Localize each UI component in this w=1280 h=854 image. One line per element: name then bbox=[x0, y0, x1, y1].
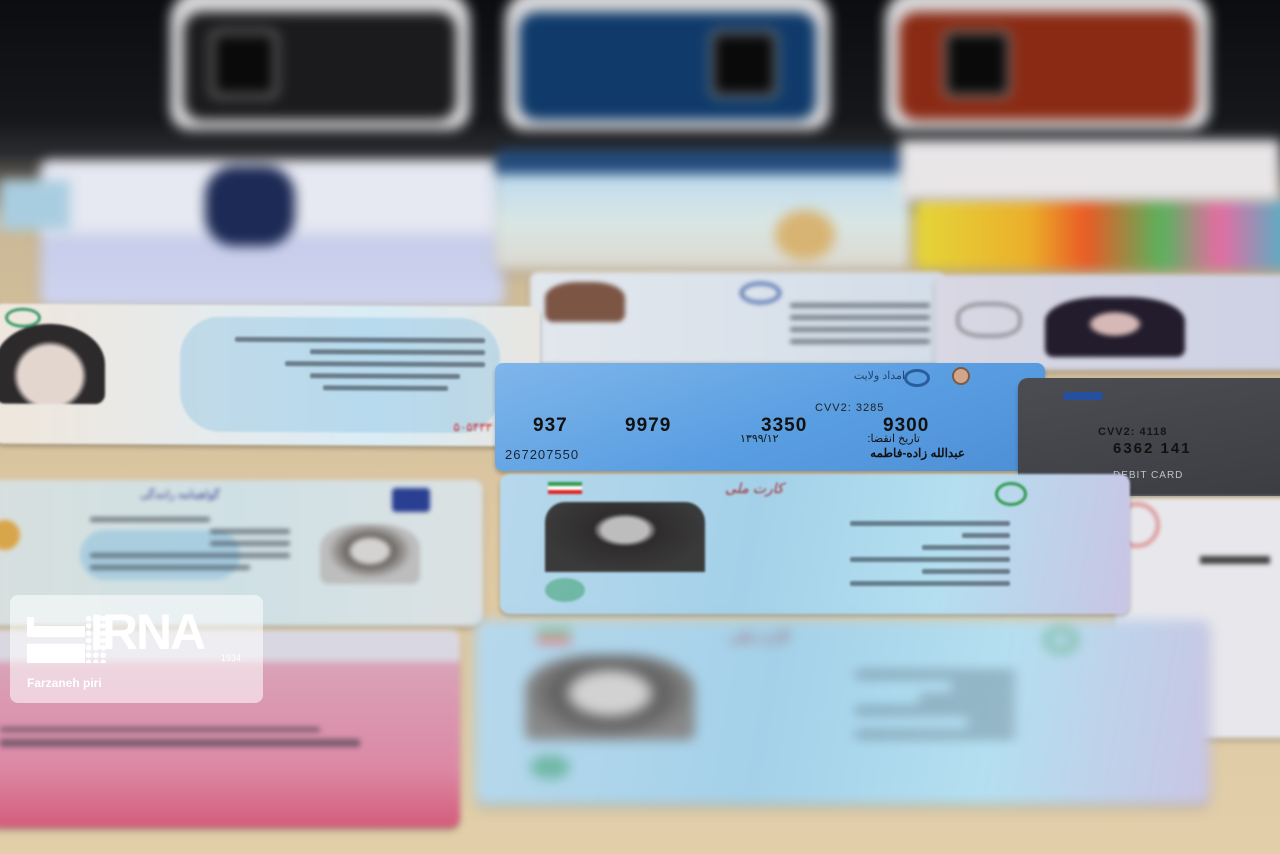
card-back-edge bbox=[0, 180, 70, 230]
student-card bbox=[530, 272, 945, 364]
debit-card-number: 6362 141 bbox=[1113, 440, 1192, 457]
emblem-icon bbox=[952, 367, 970, 385]
bank-card-cvv2: CVV2: 3285 bbox=[815, 402, 884, 414]
expiry-label: تاریخ انقضا: bbox=[867, 432, 920, 445]
watermark-brand: IRNA bbox=[90, 607, 204, 657]
bank-name: امداد ولایت bbox=[854, 369, 905, 382]
watermark-year: 1934 bbox=[221, 653, 241, 663]
employee-card bbox=[935, 275, 1280, 370]
irna-watermark: IRNA 1934 Farzaneh piri bbox=[10, 595, 263, 703]
id-card-title: کارت ملی bbox=[730, 628, 789, 645]
id-card-title: کارت ملی bbox=[725, 480, 784, 497]
emblem-icon bbox=[995, 482, 1027, 506]
photo-credit: Farzaneh piri bbox=[27, 676, 102, 690]
photo-scene: ۵۰۵۴۳۳ امداد ولایت CVV2: 3285 937 9979 3… bbox=[0, 0, 1280, 854]
bank-card: امداد ولایت CVV2: 3285 937 9979 3350 930… bbox=[495, 363, 1045, 471]
national-id-card: کارت ملی bbox=[500, 474, 1130, 614]
emblem-icon bbox=[1045, 628, 1077, 652]
account-number: 267207550 bbox=[505, 447, 579, 462]
card-back-colorful bbox=[915, 198, 1280, 270]
iran-flag-icon bbox=[537, 630, 571, 642]
expiry-value: ۱۳۹۹/۱۲ bbox=[740, 432, 779, 445]
debit-card-cvv2: CVV2: 4118 bbox=[1098, 426, 1167, 438]
birth-certificate: ۵۰۵۴۳۳ bbox=[0, 304, 540, 447]
seal-icon bbox=[545, 578, 585, 602]
iran-flag-icon bbox=[548, 482, 582, 494]
national-id-card: کارت ملی bbox=[475, 620, 1210, 805]
birth-certificate-serial: ۵۰۵۴۳۳ bbox=[453, 420, 492, 434]
card-holder-name: عبدالله زاده-فاطمه bbox=[870, 446, 965, 460]
card-reader-black bbox=[170, 0, 470, 130]
card-back-white bbox=[900, 140, 1280, 200]
card-logo-icon bbox=[1063, 392, 1103, 400]
card-reader-red bbox=[885, 0, 1210, 130]
license-title: گواهینامه رانندگی bbox=[140, 488, 220, 501]
card-reader-blue bbox=[505, 0, 830, 130]
card-back-center bbox=[495, 150, 910, 270]
card-number-group-2: 9979 bbox=[625, 415, 671, 437]
bank-logo-icon bbox=[904, 369, 930, 387]
police-emblem-icon bbox=[392, 488, 430, 512]
card-back-left bbox=[40, 160, 505, 308]
card-number-group-1: 937 bbox=[533, 415, 568, 437]
seal-icon bbox=[530, 755, 570, 779]
